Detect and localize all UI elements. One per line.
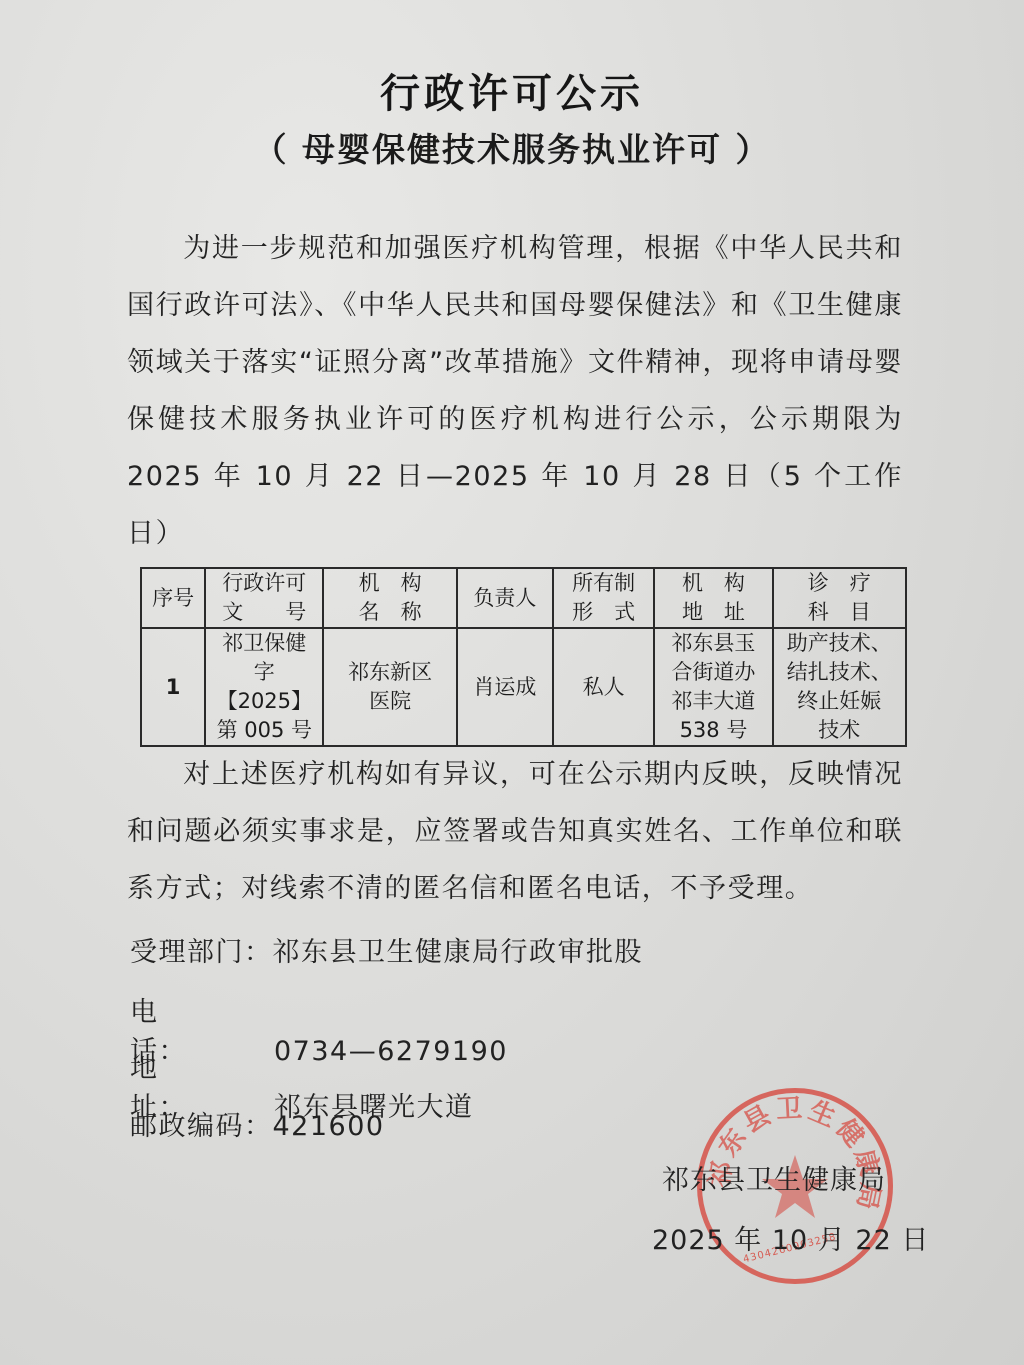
issue-date: 2025 年 10 月 22 日: [652, 1218, 929, 1257]
table-header-row: 序号 行政许可文 号 机 构名 称 负责人 所有制形 式 机 构地 址 诊 疗科…: [141, 568, 906, 628]
document-subtitle: （ 母婴保健技术服务执业许可 ）: [0, 124, 1024, 171]
document-title: 行政许可公示: [0, 62, 1024, 119]
header-person-in-charge: 负责人: [457, 568, 553, 628]
cell-ownership: 私人: [553, 628, 654, 746]
department-value: 祁东县卫生健康局行政审批股: [273, 937, 644, 968]
header-org-name: 机 构名 称: [323, 568, 456, 628]
table-row: 1 祁卫保健字【2025】第 005 号 祁东新区医院 肖运成 私人 祁东县玉合…: [141, 628, 906, 746]
header-permit-number: 行政许可文 号: [205, 568, 323, 628]
objection-paragraph: 对上述医疗机构如有异议，可在公示期内反映，反映情况和问题必须实事求是，应签署或告…: [127, 746, 903, 917]
notice-document: 行政许可公示 （ 母婴保健技术服务执业许可 ） 为进一步规范和加强医疗机构管理，…: [0, 0, 1024, 1365]
issuer-name: 祁东县卫生健康局: [662, 1158, 886, 1197]
objection-paragraph-text: 对上述医疗机构如有异议，可在公示期内反映，反映情况和问题必须实事求是，应签署或告…: [127, 759, 903, 904]
intro-paragraph-text: 为进一步规范和加强医疗机构管理，根据《中华人民共和国行政许可法》、《中华人民共和…: [127, 233, 903, 549]
postcode-value: 421600: [273, 1111, 385, 1142]
permit-table: 序号 行政许可文 号 机 构名 称 负责人 所有制形 式 机 构地 址 诊 疗科…: [140, 567, 907, 747]
header-ownership: 所有制形 式: [553, 568, 654, 628]
cell-services: 助产技术、结扎技术、终止妊娠技术: [773, 628, 906, 746]
phone-label-a: 电: [130, 990, 218, 1029]
address-label-a: 地: [130, 1046, 218, 1085]
contact-postcode: 邮政编码：421600: [130, 1104, 385, 1143]
cell-org-name: 祁东新区医院: [323, 628, 456, 746]
contact-department: 受理部门：祁东县卫生健康局行政审批股: [130, 930, 643, 969]
postcode-label: 邮政编码：: [130, 1111, 273, 1142]
header-address: 机 构地 址: [654, 568, 772, 628]
cell-permit-number: 祁卫保健字【2025】第 005 号: [205, 628, 323, 746]
cell-index: 1: [141, 628, 205, 746]
header-index: 序号: [141, 568, 205, 628]
header-services: 诊 疗科 目: [773, 568, 906, 628]
intro-paragraph: 为进一步规范和加强医疗机构管理，根据《中华人民共和国行政许可法》、《中华人民共和…: [127, 220, 903, 562]
department-label: 受理部门：: [130, 937, 273, 968]
cell-address: 祁东县玉合街道办祁丰大道538 号: [654, 628, 772, 746]
cell-person-in-charge: 肖运成: [457, 628, 553, 746]
